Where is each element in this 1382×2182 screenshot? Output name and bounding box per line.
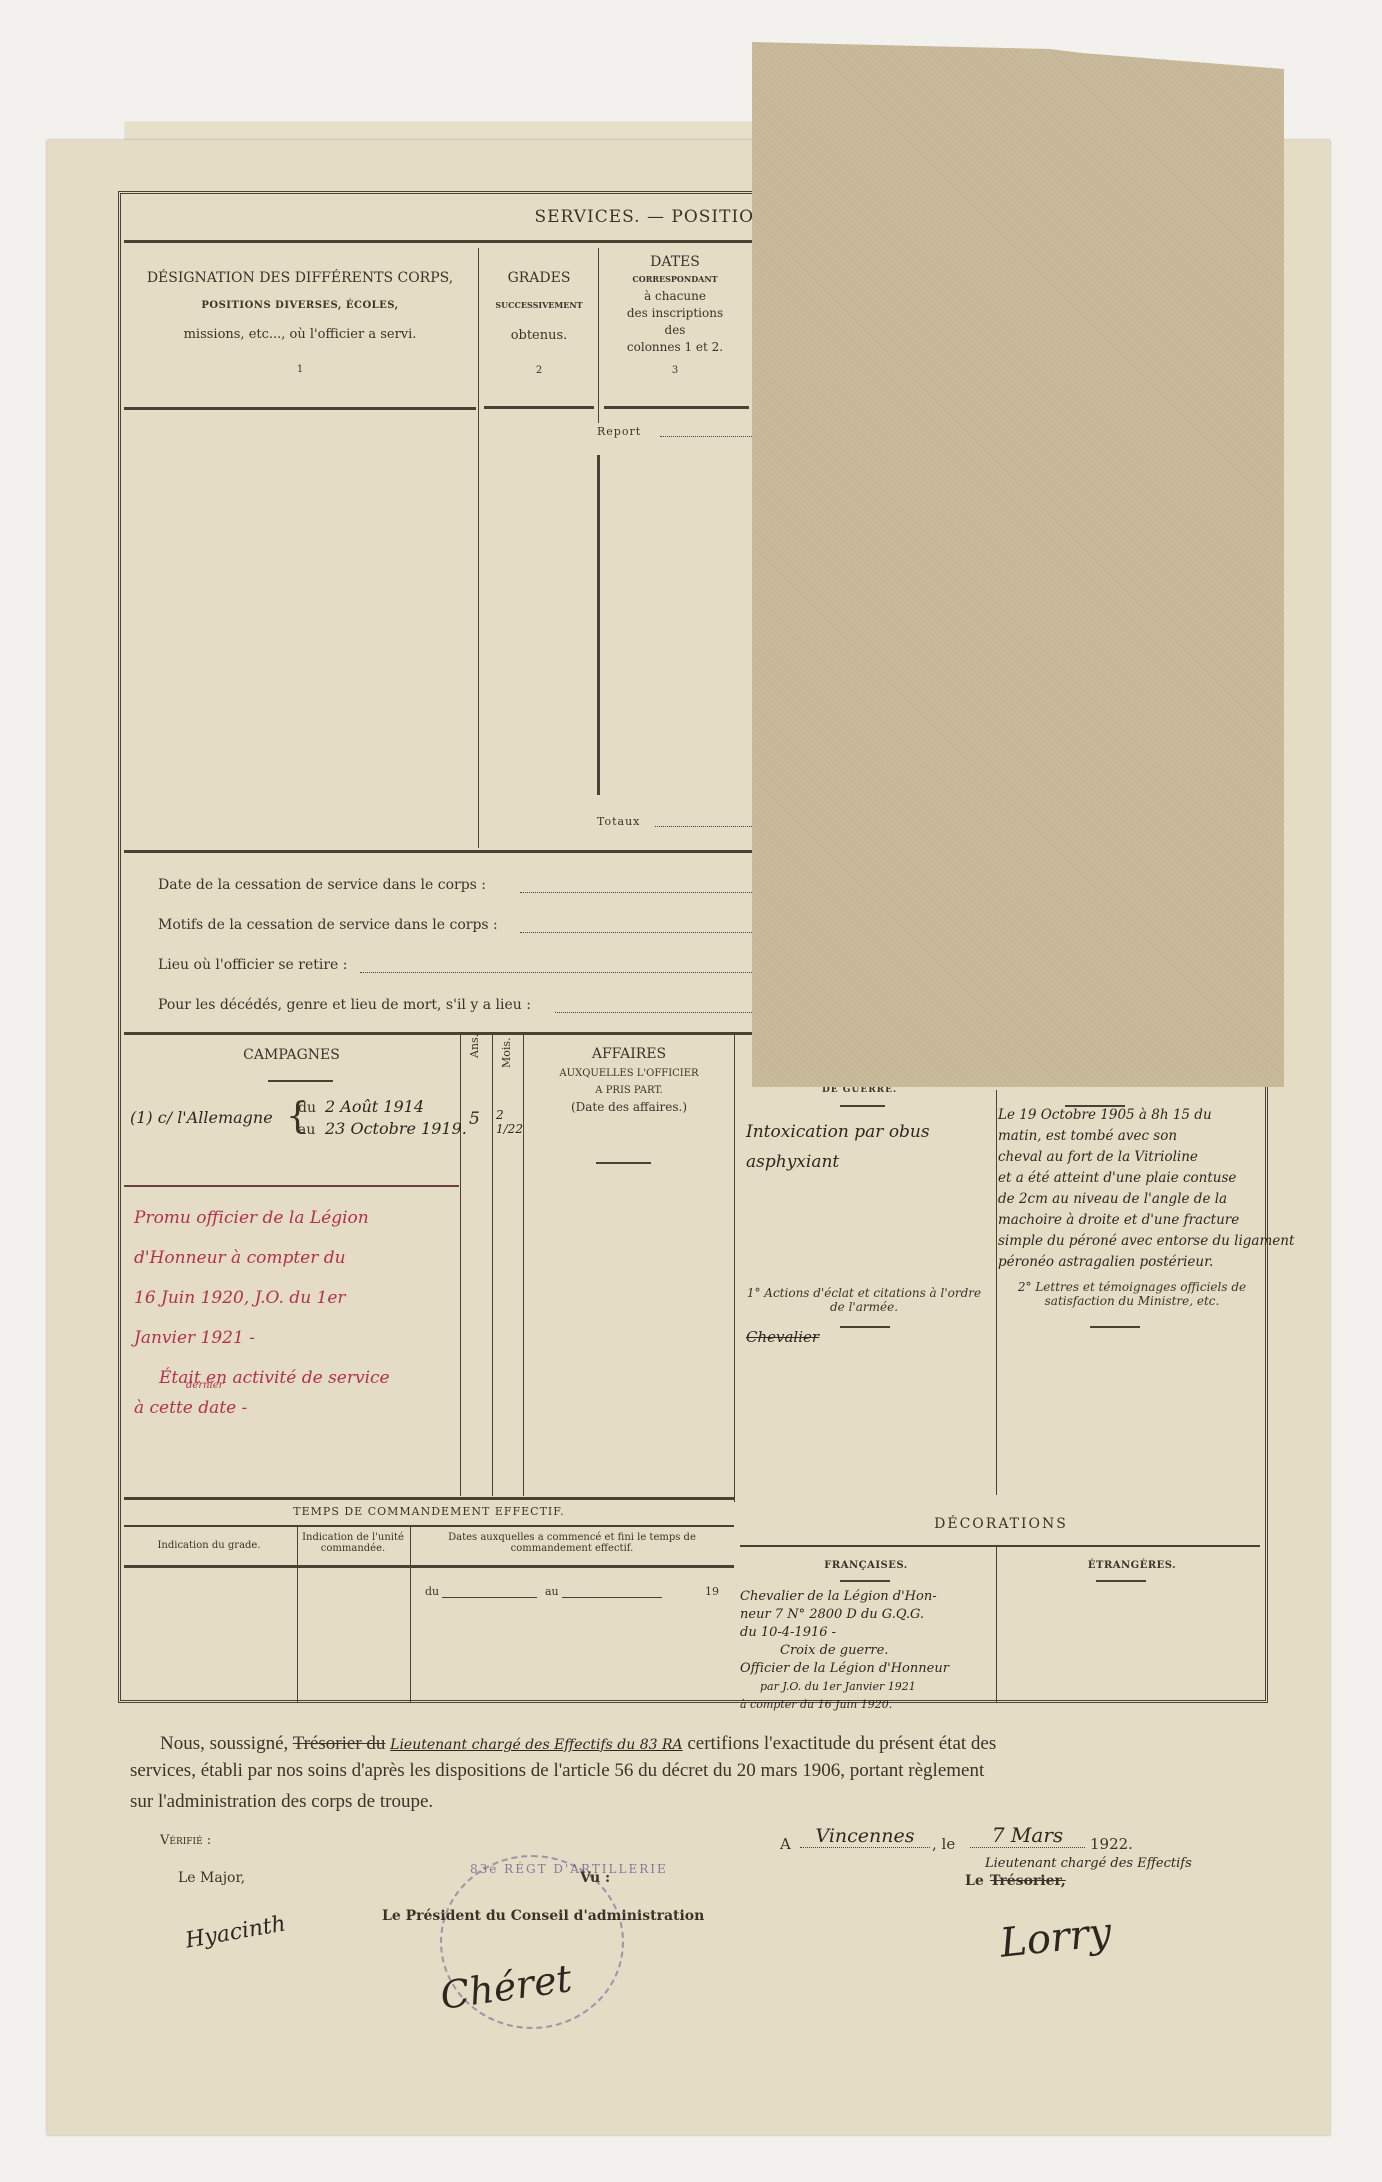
divider	[124, 1497, 734, 1500]
services-title: SERVICES. — POSITION	[470, 207, 770, 227]
col2-number: 2	[480, 365, 598, 376]
cessation-motifs-label: Motifs de la cessation de service dans l…	[158, 917, 498, 933]
affaires-line2: AUXQUELLES L'OFFICIER	[524, 1068, 734, 1079]
accident-line: cheval au fort de la Vitrioline	[998, 1147, 1298, 1168]
col3-header-line6: colonnes 1 et 2.	[600, 339, 750, 356]
campagnes-header: CAMPAGNES	[124, 1047, 459, 1063]
affaires-line4: (Date des affaires.)	[524, 1100, 734, 1114]
decorations-francaises-entries: Chevalier de la Légion d'Hon- neur 7 N° …	[740, 1588, 1000, 1714]
campagne-place: (1) c/ l'Allemagne	[130, 1108, 273, 1127]
deces-field[interactable]	[555, 1012, 752, 1013]
red-note-line: d'Honneur à compter du	[134, 1238, 454, 1278]
col3-number: 3	[600, 362, 750, 379]
decoration-line: neur 7 N° 2800 D du G.Q.G.	[740, 1606, 1000, 1624]
col-divider	[598, 248, 599, 423]
mois-label: Mois.	[500, 1037, 513, 1068]
accident-line: Le 19 Octobre 1905 à 8h 15 du	[998, 1105, 1298, 1126]
divider	[268, 1080, 333, 1082]
col2-header-line3: obtenus.	[480, 328, 598, 343]
divider	[604, 406, 749, 409]
accident-line: matin, est tombé avec son	[998, 1126, 1298, 1147]
decoration-line: du 10-4-1916 -	[740, 1624, 1000, 1642]
certification-line1-suffix: certifions l'exactitude du présent état …	[687, 1733, 996, 1754]
divider	[124, 407, 476, 410]
col1-header-line2: POSITIONS DIVERSES, ÉCOLES,	[124, 300, 476, 311]
stamp-text: 83e RÉGT D'ARTILLERIE	[470, 1862, 668, 1876]
col3-header-line1: DATES	[600, 254, 750, 271]
cessation-date-label: Date de la cessation de service dans le …	[158, 877, 486, 893]
lettres-label: 2° Lettres et témoignages officiels de s…	[998, 1280, 1266, 1308]
campagne-start-date: 2 Août 1914	[325, 1097, 424, 1116]
date-prefix: , le	[932, 1835, 955, 1853]
date-field: 7 Mars	[970, 1823, 1085, 1848]
red-note-line: à cette date -	[134, 1398, 454, 1418]
accident-line: machoire à droite et d'une fracture	[998, 1210, 1298, 1231]
commandement-year: 19	[705, 1585, 719, 1598]
red-note-line: Promu officier de la Légion	[134, 1198, 454, 1238]
divider	[840, 1105, 885, 1107]
divider	[1090, 1326, 1140, 1328]
accident-line: simple du péroné avec entorse du ligamen…	[998, 1231, 1298, 1252]
actions-eclat-label: 1° Actions d'éclat et citations à l'ordr…	[744, 1286, 984, 1314]
decorations-francaises-label: FRANÇAISES.	[736, 1560, 996, 1571]
red-note-correction: dernier	[186, 1380, 223, 1391]
place-prefix: A	[780, 1835, 791, 1853]
col-divider	[460, 1034, 461, 1496]
decoration-line: par J.O. du 1er Janvier 1921	[740, 1678, 1000, 1696]
verifie-label: Vérifié :	[160, 1833, 211, 1848]
certification-line3: sur l'administration des corps de troupe…	[130, 1791, 433, 1813]
divider	[740, 1545, 1260, 1547]
decoration-line: Chevalier de la Légion d'Hon-	[740, 1588, 1000, 1606]
commandement-du: du	[425, 1585, 439, 1598]
certification-handwritten: Lieutenant chargé des Effectifs du 83 RA	[390, 1737, 682, 1753]
cessation-date-field[interactable]	[520, 892, 752, 893]
col2-header-line2: SUCCESSIVEMENT	[480, 300, 598, 310]
divider	[840, 1580, 890, 1582]
accident-entry: Le 19 Octobre 1905 à 8h 15 du matin, est…	[998, 1105, 1298, 1273]
lieu-retraite-label: Lieu où l'officier se retire :	[158, 957, 348, 973]
campagne-mois-value: 2 1/22	[496, 1108, 522, 1136]
red-promotion-note: Promu officier de la Légion d'Honneur à …	[134, 1198, 454, 1418]
campagne-ans-value: 5	[469, 1109, 480, 1129]
commandement-col2: Indication de l'unité commandée.	[298, 1532, 408, 1554]
campagne-end-date: 23 Octobre 1919.	[325, 1119, 467, 1138]
accident-line: péronéo astragalien postérieur.	[998, 1252, 1298, 1273]
col-divider	[734, 1034, 735, 1502]
commandement-col1: Indication du grade.	[124, 1540, 294, 1551]
affaires-line3: A PRIS PART.	[524, 1085, 734, 1096]
date-year: 1922.	[1090, 1835, 1133, 1853]
decoration-line: à compter du 16 Juin 1920.	[740, 1696, 1000, 1714]
certification-struck: Trésorier du	[293, 1733, 386, 1754]
cessation-motifs-field[interactable]	[520, 932, 752, 933]
commandement-title: TEMPS DE COMMANDEMENT EFFECTIF.	[124, 1505, 734, 1518]
decorations-title: DÉCORATIONS	[736, 1516, 1266, 1532]
col3-header-line4: des inscriptions	[600, 305, 750, 322]
divider	[1096, 1580, 1146, 1582]
col2-header: GRADES SUCCESSIVEMENT obtenus. 2	[480, 270, 598, 376]
blessure-entry: Intoxication par obus asphyxiant	[746, 1117, 986, 1177]
divider	[596, 1162, 651, 1164]
col1-header: DÉSIGNATION DES DIFFÉRENTS CORPS, POSITI…	[124, 270, 476, 375]
actions-struck-entry: Chevalier	[746, 1328, 819, 1346]
ans-label: Ans.	[468, 1034, 481, 1058]
certification-line1: Nous, soussigné, Trésorier du Lieutenant…	[160, 1728, 1275, 1761]
report-dots	[660, 436, 752, 437]
totaux-label: Totaux	[597, 815, 640, 828]
col1-number: 1	[124, 364, 476, 375]
certification-prefix: Nous, soussigné,	[160, 1733, 288, 1754]
campagne-du-label: du	[298, 1100, 316, 1116]
col3-header-line5: des	[600, 322, 750, 339]
deces-label: Pour les décédés, genre et lieu de mort,…	[158, 997, 531, 1013]
divider	[124, 1525, 734, 1527]
divider	[124, 1185, 459, 1187]
col3-header-line2: CORRESPONDANT	[600, 271, 750, 288]
affaires-title: AFFAIRES	[524, 1046, 734, 1062]
col-divider	[410, 1527, 411, 1702]
col2-header-line1: GRADES	[480, 270, 598, 286]
attached-paper-slip	[752, 39, 1284, 1087]
tresorier-handwritten-title: Lieutenant chargé des Effectifs	[985, 1856, 1192, 1871]
red-note-line: Janvier 1921 -	[134, 1318, 454, 1358]
col1-header-line1: DÉSIGNATION DES DIFFÉRENTS CORPS,	[124, 270, 476, 286]
accident-line: et a été atteint d'une plaie contuse	[998, 1168, 1298, 1189]
president-label: Le Président du Conseil d'administration	[382, 1908, 704, 1924]
col1-header-line3: missions, etc..., où l'officier a servi.	[124, 327, 476, 342]
date-field-line[interactable]	[442, 1597, 537, 1598]
decoration-line: Officier de la Légion d'Honneur	[740, 1660, 1000, 1678]
col3-header-line3: à chacune	[600, 288, 750, 305]
col3-header: DATES CORRESPONDANT à chacune des inscri…	[600, 254, 750, 379]
totaux-dots	[655, 826, 752, 827]
accident-line: de 2cm au niveau de l'angle de la	[998, 1189, 1298, 1210]
col-divider	[597, 455, 600, 795]
tresorier-struck-title: Trésorier,	[990, 1873, 1066, 1889]
le-label: Le	[965, 1873, 984, 1889]
col-divider	[478, 248, 479, 848]
decorations-etrangeres-label: ÉTRANGÈRES.	[998, 1560, 1266, 1571]
report-label: Report	[597, 425, 641, 438]
divider	[840, 1326, 890, 1328]
campagne-au-label: au	[298, 1122, 315, 1138]
lieu-retraite-field[interactable]	[360, 972, 752, 973]
red-note-line: 16 Juin 1920, J.O. du 1er	[134, 1278, 454, 1318]
red-note-line: Était en activité de service	[134, 1358, 454, 1398]
commandement-au: au	[545, 1585, 559, 1598]
place-field: Vincennes	[800, 1825, 930, 1848]
commandement-col3: Dates auxquelles a commencé et fini le t…	[412, 1532, 732, 1554]
decoration-line: Croix de guerre.	[740, 1642, 1000, 1660]
certification-line2: services, établi par nos soins d'après l…	[130, 1760, 1280, 1782]
col-divider	[996, 1090, 997, 1495]
divider	[124, 1565, 734, 1568]
divider	[484, 406, 594, 409]
vu-label: Vu :	[580, 1870, 610, 1886]
col-divider	[492, 1034, 493, 1496]
affaires-header: AFFAIRES AUXQUELLES L'OFFICIER A PRIS PA…	[524, 1046, 734, 1114]
date-field-line[interactable]	[562, 1597, 662, 1598]
certification-text: Nous, soussigné, Trésorier du Lieutenant…	[160, 1728, 1275, 1761]
major-label: Le Major,	[178, 1870, 245, 1886]
